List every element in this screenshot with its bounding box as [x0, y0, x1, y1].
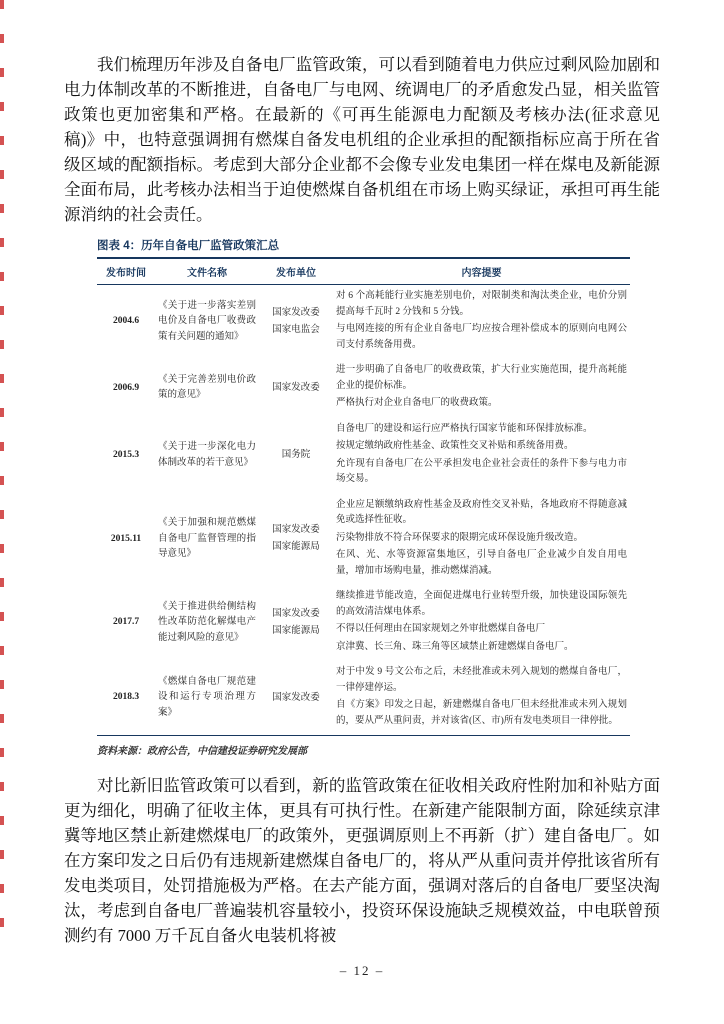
cell-summary: 企业应足额缴纳政府性基金及政府性交叉补贴，各地政府不得随意减免或选择性征收。 污…	[333, 494, 630, 586]
document-page: 我们梳理历年涉及自备电厂监管政策，可以看到随着电力供应过剩风险加剧和电力体制改革…	[0, 0, 724, 1024]
col-header-docname: 文件名称	[155, 258, 259, 285]
source-note: 资料来源：政府公告，中信建投证券研究发展部	[97, 742, 630, 757]
issuer-line: 国家发改委	[262, 522, 330, 539]
summary-item: 与电网连接的所有企业自备电厂均应按合理补偿成本的原则向电网公司支付系统备用费。	[336, 322, 627, 353]
col-header-date: 发布时间	[97, 258, 155, 285]
figure-block: 图表 4：历年自备电厂监管政策汇总 发布时间 文件名称 发布单位 内容提要 20…	[97, 237, 630, 757]
table-row: 2018.3 《燃煤自备电厂规范建设和运行专项治理方案》 国家发改委 对于中发 …	[97, 661, 630, 736]
summary-item: 京津冀、长三角、珠三角等区域禁止新建燃煤自备电厂。	[336, 640, 627, 656]
cell-date: 2018.3	[97, 661, 155, 736]
summary-item: 对 6 个高耗能行业实施差别电价，对限制类和淘汰类企业，电价分别提高每千瓦时 2…	[336, 289, 627, 320]
cell-docname: 《关于进一步落实差别电价及自备电厂收费政策有关问题的通知》	[155, 285, 259, 360]
cell-date: 2017.7	[97, 585, 155, 661]
summary-item: 按规定缴纳政府性基金、政策性交叉补贴和系统备用费。	[336, 439, 627, 455]
issuer-line: 国家发改委	[262, 305, 330, 322]
cell-issuer: 国家发改委 国家能源局	[259, 585, 333, 661]
issuer-line: 国家发改委	[262, 380, 330, 397]
cell-issuer: 国家发改委 国家电监会	[259, 285, 333, 360]
cell-issuer: 国务院	[259, 418, 333, 494]
cell-summary: 进一步明确了自备电厂的收费政策，扩大行业实施范围，提升高耗能企业的提价标准。 严…	[333, 359, 630, 418]
cell-summary: 对于中发 9 号文公布之后，未经批准或未列入规划的燃煤自备电厂，一律停建停运。 …	[333, 661, 630, 736]
cell-date: 2004.6	[97, 285, 155, 360]
paragraph-bottom: 对比新旧监管政策可以看到，新的监管政策在征收相关政府性附加和补贴方面更为细化，明…	[64, 773, 660, 948]
cell-docname: 《关于推进供给侧结构性改革防范化解煤电产能过剩风险的意见》	[155, 585, 259, 661]
issuer-line: 国家发改委	[262, 606, 330, 623]
issuer-line: 国家电监会	[262, 322, 330, 339]
cell-docname: 《关于加强和规范燃煤自备电厂监督管理的指导意见》	[155, 494, 259, 586]
cell-docname: 《关于进一步深化电力体制改革的若干意见》	[155, 418, 259, 494]
table-row: 2015.11 《关于加强和规范燃煤自备电厂监督管理的指导意见》 国家发改委 国…	[97, 494, 630, 586]
cell-date: 2006.9	[97, 359, 155, 418]
figure-title: 图表 4：历年自备电厂监管政策汇总	[97, 237, 630, 257]
summary-item: 自备电厂的建设和运行应严格执行国家节能和环保排放标准。	[336, 422, 627, 438]
cell-summary: 对 6 个高耗能行业实施差别电价，对限制类和淘汰类企业，电价分别提高每千瓦时 2…	[333, 285, 630, 360]
table-row: 2017.7 《关于推进供给侧结构性改革防范化解煤电产能过剩风险的意见》 国家发…	[97, 585, 630, 661]
cell-issuer: 国家发改委	[259, 661, 333, 736]
cell-date: 2015.3	[97, 418, 155, 494]
paragraph-top: 我们梳理历年涉及自备电厂监管政策，可以看到随着电力供应过剩风险加剧和电力体制改革…	[64, 52, 660, 227]
page-number: – 12 –	[0, 963, 724, 979]
cell-docname: 《燃煤自备电厂规范建设和运行专项治理方案》	[155, 661, 259, 736]
col-header-issuer: 发布单位	[259, 258, 333, 285]
summary-item: 污染物排放不符合环保要求的限期完成环保设施升级改造。	[336, 531, 627, 547]
scan-artifact-left	[0, 0, 4, 930]
col-header-summary: 内容提要	[333, 258, 630, 285]
cell-date: 2015.11	[97, 494, 155, 586]
cell-summary: 继续推进节能改造，全面促进煤电行业转型升级，加快建设国际领先的高效清洁煤电体系。…	[333, 585, 630, 661]
cell-issuer: 国家发改委	[259, 359, 333, 418]
cell-issuer: 国家发改委 国家能源局	[259, 494, 333, 586]
table-header: 发布时间 文件名称 发布单位 内容提要	[97, 258, 630, 285]
summary-item: 进一步明确了自备电厂的收费政策，扩大行业实施范围，提升高耗能企业的提价标准。	[336, 363, 627, 394]
policy-table: 发布时间 文件名称 发布单位 内容提要 2004.6 《关于进一步落实差别电价及…	[97, 257, 630, 736]
issuer-line: 国家能源局	[262, 539, 330, 556]
summary-item: 对于中发 9 号文公布之后，未经批准或未列入规划的燃煤自备电厂，一律停建停运。	[336, 665, 627, 696]
issuer-line: 国务院	[262, 447, 330, 464]
issuer-line: 国家发改委	[262, 690, 330, 707]
summary-item: 企业应足额缴纳政府性基金及政府性交叉补贴，各地政府不得随意减免或选择性征收。	[336, 498, 627, 529]
summary-item: 继续推进节能改造，全面促进煤电行业转型升级，加快建设国际领先的高效清洁煤电体系。	[336, 589, 627, 620]
table-row: 2015.3 《关于进一步深化电力体制改革的若干意见》 国务院 自备电厂的建设和…	[97, 418, 630, 494]
summary-item: 自《方案》印发之日起，新建燃煤自备电厂但未经批准或未列入规划的，要从严从重问责，…	[336, 698, 627, 729]
issuer-line: 国家能源局	[262, 623, 330, 640]
summary-item: 不得以任何理由在国家规划之外审批燃煤自备电厂	[336, 622, 627, 638]
page-content: 我们梳理历年涉及自备电厂监管政策，可以看到随着电力供应过剩风险加剧和电力体制改革…	[0, 0, 724, 948]
summary-item: 允许现有自备电厂在公平承担发电企业社会责任的条件下参与电力市场交易。	[336, 457, 627, 488]
cell-docname: 《关于完善差别电价政策的意见》	[155, 359, 259, 418]
summary-item: 严格执行对企业自备电厂的收费政策。	[336, 396, 627, 412]
table-row: 2006.9 《关于完善差别电价政策的意见》 国家发改委 进一步明确了自备电厂的…	[97, 359, 630, 418]
cell-summary: 自备电厂的建设和运行应严格执行国家节能和环保排放标准。 按规定缴纳政府性基金、政…	[333, 418, 630, 494]
table-row: 2004.6 《关于进一步落实差别电价及自备电厂收费政策有关问题的通知》 国家发…	[97, 285, 630, 360]
summary-item: 在风、光、水等资源富集地区，引导自备电厂企业减少自发自用电量，增加市场购电量，推…	[336, 548, 627, 579]
